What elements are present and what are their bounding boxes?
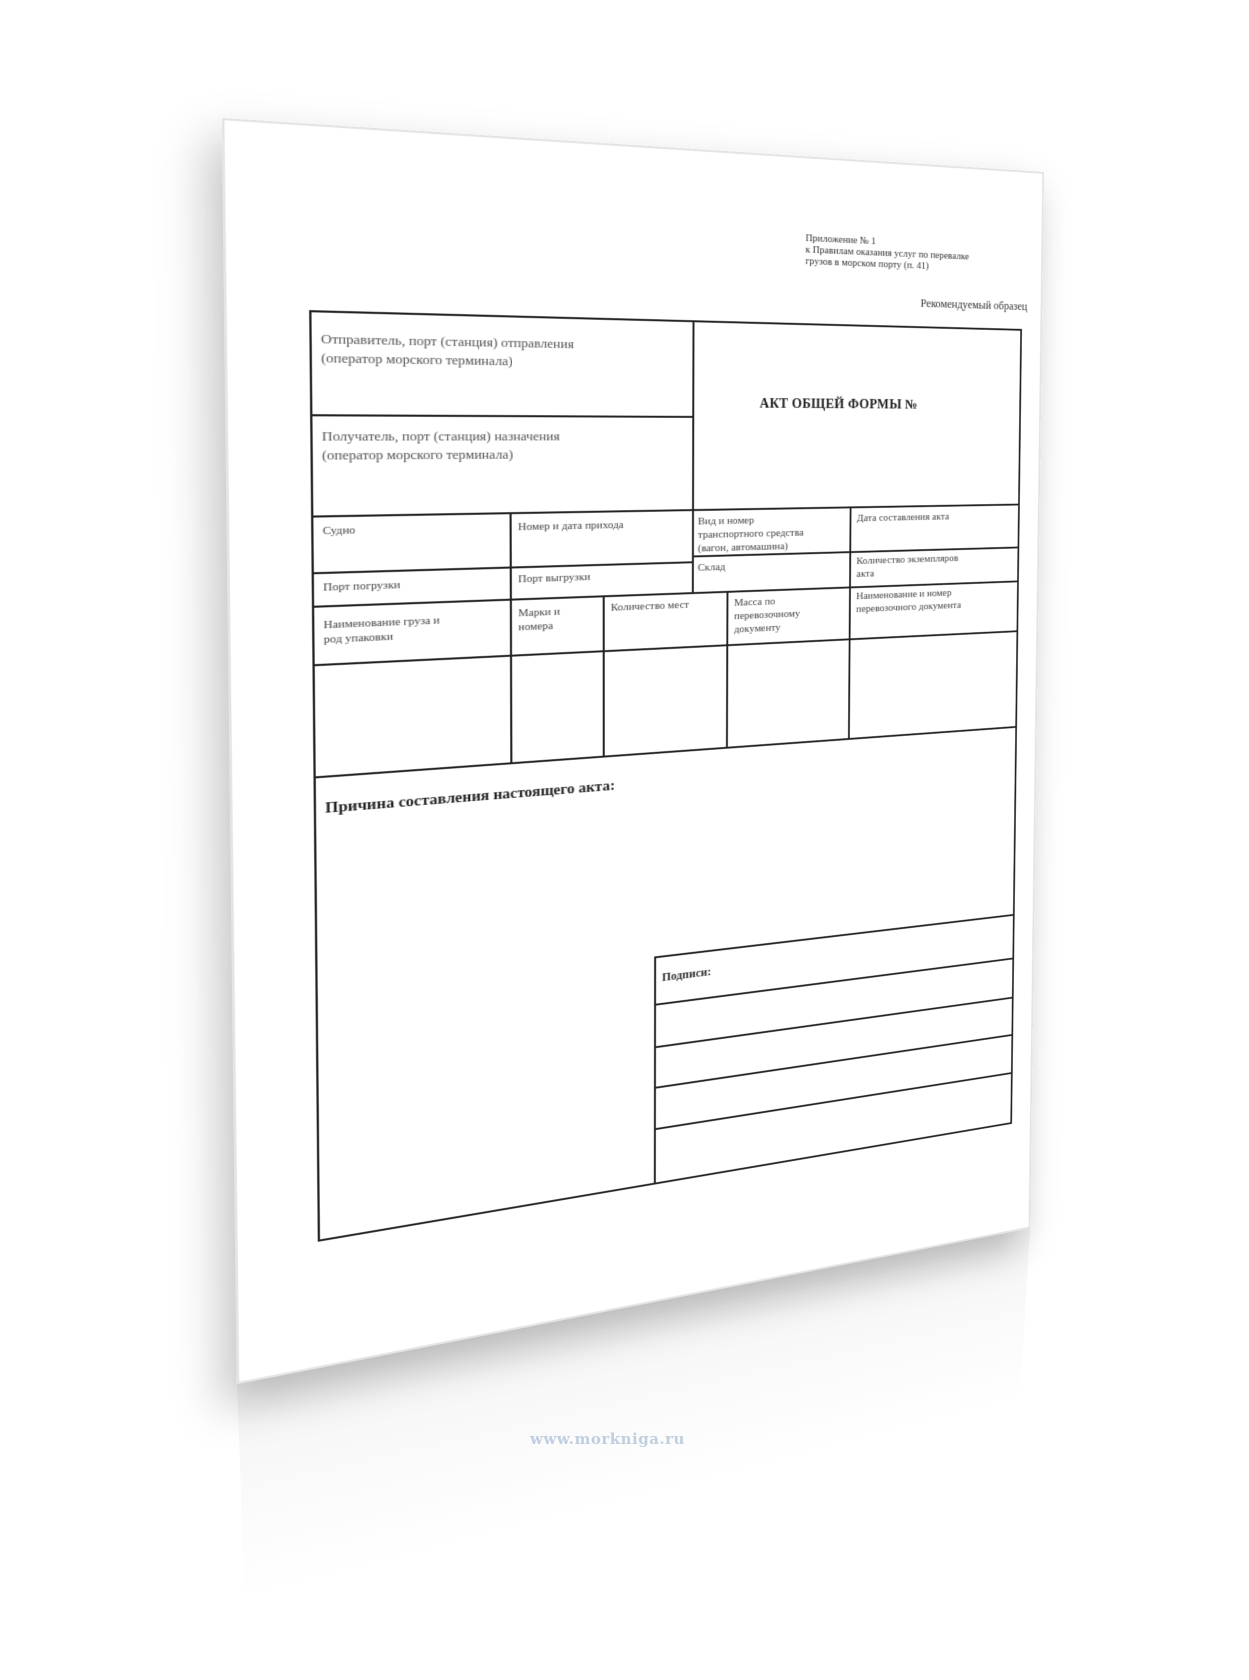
form-rule-line bbox=[313, 726, 1017, 779]
form-rule-line bbox=[318, 1122, 1012, 1242]
form-table: Отправитель, порт (станция) отправления … bbox=[224, 120, 1042, 173]
form-rule-line bbox=[654, 914, 1014, 959]
unloading-port-label: Порт выгрузки bbox=[518, 570, 590, 586]
form-rule-line bbox=[654, 956, 656, 1184]
form-rule-line bbox=[848, 586, 851, 739]
form-rule-line bbox=[603, 595, 605, 757]
form-rule-line bbox=[849, 506, 851, 588]
reason-label: Причина составления настоящего акта: bbox=[325, 778, 615, 818]
receiver-label: Получатель, порт (станция) назначения (о… bbox=[322, 427, 560, 465]
cargo-header-document: Наименование и номер перевозочного докум… bbox=[856, 586, 961, 616]
appendix-note: Приложение № 1 к Правилам оказания услуг… bbox=[805, 233, 1018, 276]
signatures-label: Подписи: bbox=[662, 965, 711, 985]
form-rule-line bbox=[510, 599, 513, 765]
vehicle-label: Вид и номер транспортного средства (ваго… bbox=[698, 513, 804, 555]
sender-label: Отправитель, порт (станция) отправления … bbox=[321, 330, 574, 372]
vessel-label: Судно bbox=[323, 523, 356, 538]
cargo-header-mass: Масса по перевозочному документу bbox=[734, 594, 800, 636]
document-title: АКТ ОБЩЕЙ ФОРМЫ № bbox=[760, 397, 918, 413]
form-rule-line bbox=[692, 509, 694, 594]
form-rule-line bbox=[310, 414, 694, 418]
cargo-header-name: Наименование груза и род упаковки bbox=[323, 613, 440, 647]
arrival-label: Номер и дата прихода bbox=[518, 518, 624, 534]
cargo-header-places: Количество мест bbox=[611, 598, 689, 615]
form-rule-line bbox=[510, 512, 512, 601]
act-date-label: Дата составления акта bbox=[857, 510, 950, 525]
warehouse-label: Склад bbox=[698, 560, 726, 574]
form-rule-line bbox=[309, 310, 1022, 331]
form-rule-line bbox=[726, 591, 728, 749]
stage: Приложение № 1 к Правилам оказания услуг… bbox=[0, 0, 1249, 1680]
form-rule-line bbox=[654, 997, 1014, 1049]
copies-label: Количество экземпляров акта bbox=[856, 552, 958, 581]
form-rule-line bbox=[312, 561, 694, 574]
sample-note: Рекомендуемый образец bbox=[853, 294, 1027, 313]
document-page: Приложение № 1 к Правилам оказания услуг… bbox=[222, 118, 1044, 1384]
cargo-header-marks: Марки и номера bbox=[518, 605, 560, 635]
loading-port-label: Порт погрузки bbox=[323, 578, 400, 595]
watermark: www.morkniga.ru bbox=[530, 1430, 685, 1448]
